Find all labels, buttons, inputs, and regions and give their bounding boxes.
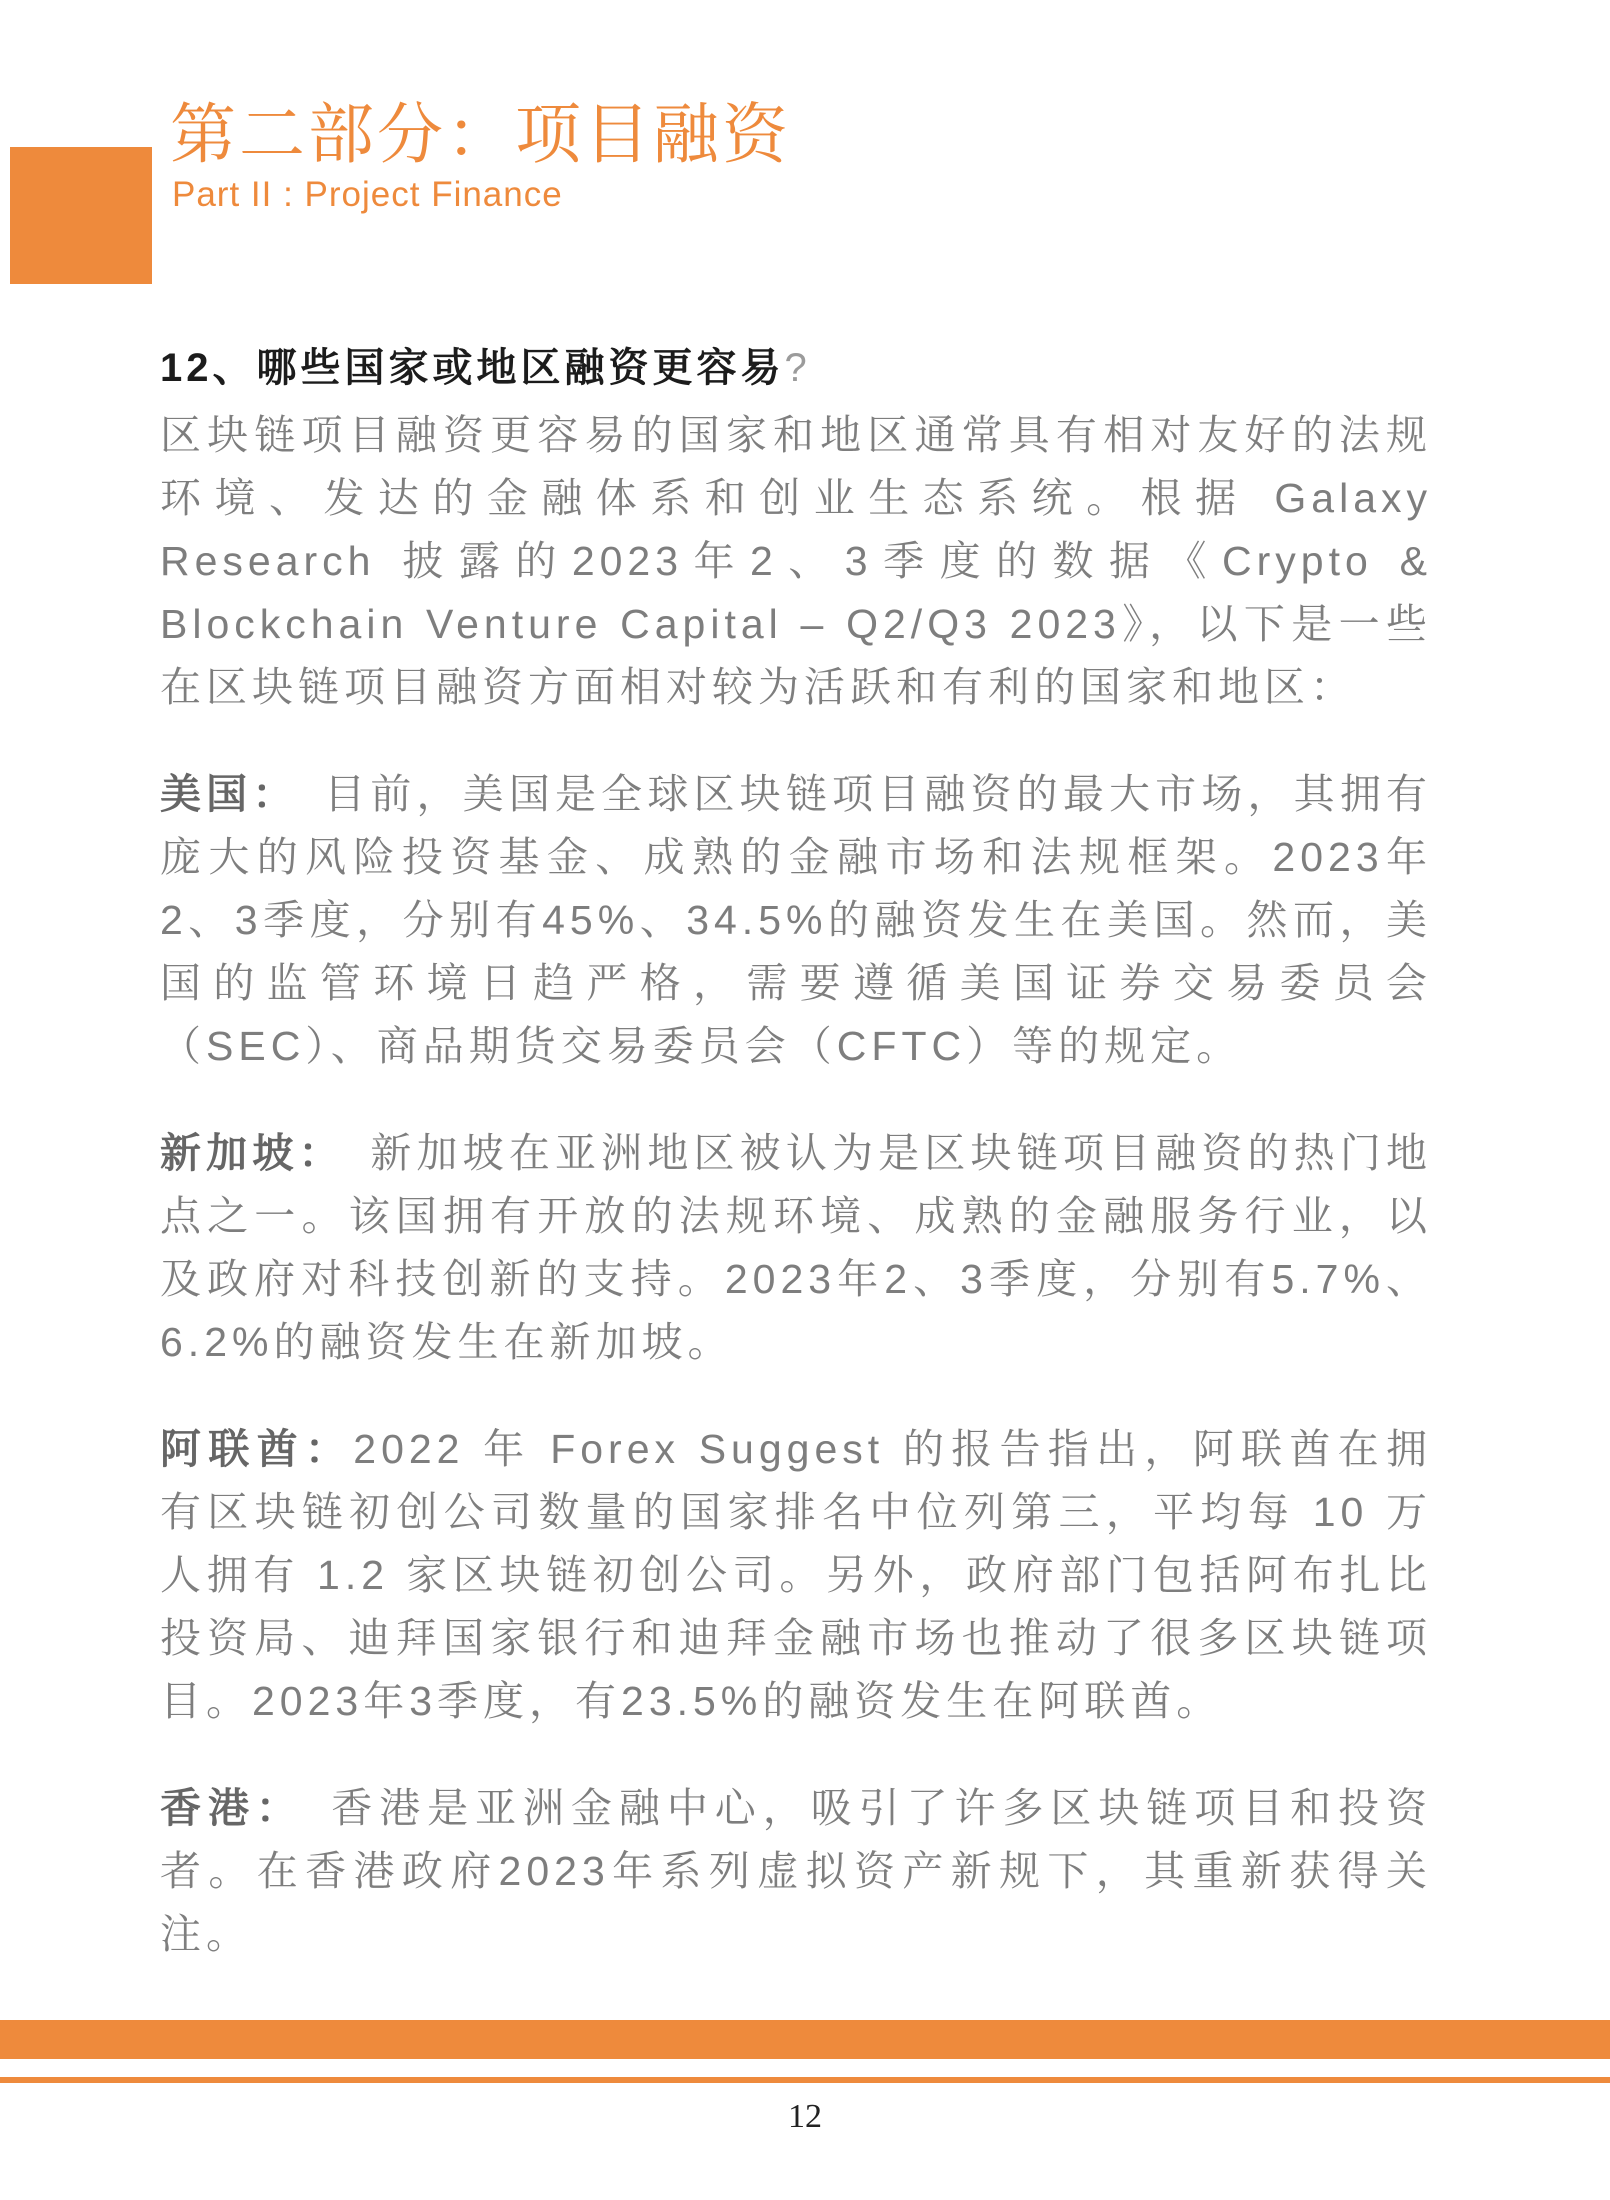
footer-bar-thick	[0, 2020, 1610, 2059]
paragraph: 香港： 香港是亚洲金融中心，吸引了许多区块链项目和投资者。在香港政府2023年系…	[160, 1777, 1432, 1966]
page-number: 12	[0, 2098, 1610, 2136]
paragraph: 美国： 目前，美国是全球区块链项目融资的最大市场，其拥有庞大的风险投资基金、成熟…	[160, 763, 1432, 1078]
paragraph-lead: 香港：	[160, 1785, 283, 1831]
footer-bar-thin	[0, 2077, 1610, 2083]
paragraph-text: 区块链项目融资更容易的国家和地区通常具有相对友好的法规环境、发达的金融体系和创业…	[160, 412, 1432, 710]
section-title-en: Part II : Project Finance	[172, 174, 563, 216]
section-title-cn: 第二部分：项目融资	[170, 92, 791, 176]
paragraph-text: 目前，美国是全球区块链项目融资的最大市场，其拥有庞大的风险投资基金、成熟的金融市…	[160, 771, 1432, 1069]
paragraph-lead: 新加坡：	[160, 1130, 324, 1176]
body-paragraphs: 区块链项目融资更容易的国家和地区通常具有相对友好的法规环境、发达的金融体系和创业…	[160, 404, 1432, 1966]
paragraph-text: 香港是亚洲金融中心，吸引了许多区块链项目和投资者。在香港政府2023年系列虚拟资…	[160, 1785, 1432, 1957]
paragraph-text: 新加坡在亚洲地区被认为是区块链项目融资的热门地点之一。该国拥有开放的法规环境、成…	[160, 1130, 1432, 1365]
paragraph: 阿联酋：2022 年 Forex Suggest 的报告指出，阿联酋在拥有区块链…	[160, 1418, 1432, 1733]
paragraph: 新加坡： 新加坡在亚洲地区被认为是区块链项目融资的热门地点之一。该国拥有开放的法…	[160, 1122, 1432, 1374]
paragraph-lead: 阿联酋：	[160, 1426, 353, 1472]
paragraph: 区块链项目融资更容易的国家和地区通常具有相对友好的法规环境、发达的金融体系和创业…	[160, 404, 1432, 719]
question-heading: 12、哪些国家或地区融资更容易?	[160, 342, 811, 394]
document-page: 第二部分：项目融资 Part II : Project Finance 12、哪…	[0, 0, 1610, 2200]
question-heading-text: 12、哪些国家或地区融资更容易	[160, 346, 785, 390]
question-mark: ?	[785, 346, 811, 390]
paragraph-lead: 美国：	[160, 771, 278, 817]
accent-square	[10, 147, 152, 284]
